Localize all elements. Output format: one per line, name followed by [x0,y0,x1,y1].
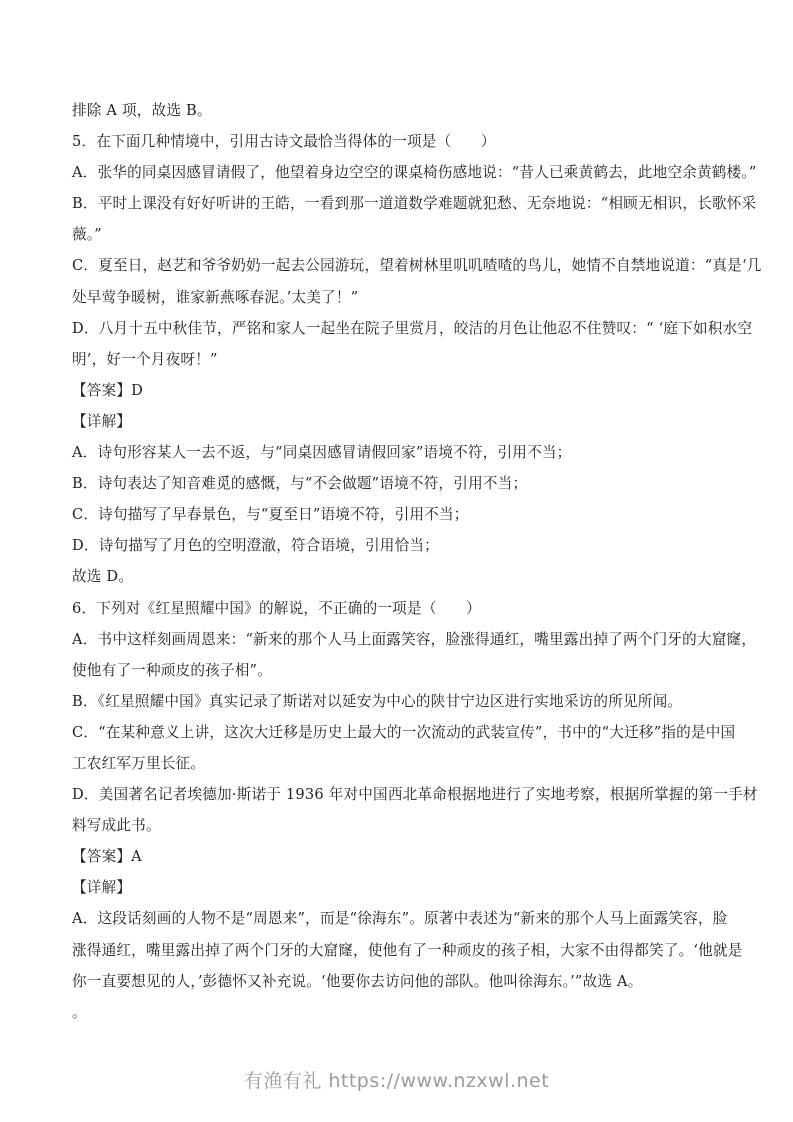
question-5-answer: 【答案】D [72,375,732,406]
question-6-option-a-cont: 使他有了一种顽皮的孩子相”。 [72,655,732,686]
question-5-conclusion: 故选 D。 [72,561,732,592]
question-5-option-a: A．张华的同桌因感冒请假了，他望着身边空空的课桌椅伤感地说：“昔人已乘黄鹤去，此… [72,157,732,188]
question-6-option-c: C．“在某种意义上讲，这次大迁移是历史上最大的一次流动的武装宣传”，书中的“大迁… [72,717,732,748]
question-6-answer: 【答案】A [72,841,732,872]
question-6-option-c-cont: 工农红军万里长征。 [72,748,732,779]
stray-period: 。 [72,997,732,1028]
question-6-explanation-a-cont: 涨得通红，嘴里露出掉了两个门牙的大窟窿，使他有了一种顽皮的孩子相，大家不由得都笑… [72,935,732,966]
question-5-explanation-b: B．诗句表达了知音难觅的感慨，与“不会做题”语境不符，引用不当； [72,468,732,499]
question-6-option-d: D．美国著名记者埃德加·斯诺于 1936 年对中国西北革命根据地进行了实地考察，… [72,779,732,810]
question-6-option-d-cont: 料写成此书。 [72,810,732,841]
question-6-option-a: A．书中这样刻画周恩来：“新来的那个人马上面露笑容，脸涨得通红，嘴里露出掉了两个… [72,624,732,655]
question-5-explanation-a: A．诗句形容某人一去不返，与“同桌因感冒请假回家”语境不符，引用不当； [72,437,732,468]
question-5-option-c-cont: 处早莺争暖树，谁家新燕啄春泥。’太美了！” [72,282,732,313]
question-5-explanation-label: 【详解】 [72,406,732,437]
question-5-option-b-cont: 薇。” [72,219,732,250]
question-5-option-d-cont: 明’，好一个月夜呀！” [72,344,732,375]
question-6-explanation-a: A．这段话刻画的人物不是“周恩来”，而是“徐海东”。原著中表述为“新来的那个人马… [72,903,732,934]
question-5-option-b: B．平时上课没有好好听讲的王皓，一看到那一道道数学难题就犯愁、无奈地说：“相顾无… [72,188,732,219]
question-6-option-b: B．《红星照耀中国》真实记录了斯诺对以延安为中心的陕甘宁边区进行实地采访的所见所… [72,686,732,717]
question-6-explanation-label: 【详解】 [72,872,732,903]
question-6-stem: 6．下列对《红星照耀中国》的解说，不正确的一项是（ ） [72,593,732,624]
document-page: 排除 A 项，故选 B。 5．在下面几种情境中，引用古诗文最恰当得体的一项是（ … [0,0,793,1122]
question-5-option-d: D．八月十五中秋佳节，严铭和家人一起坐在院子里赏月，皎洁的月色让他忍不住赞叹：“… [72,313,732,344]
question-5-explanation-d: D．诗句描写了月色的空明澄澈，符合语境，引用恰当； [72,530,732,561]
question-5-stem: 5．在下面几种情境中，引用古诗文最恰当得体的一项是（ ） [72,126,732,157]
document-body: 排除 A 项，故选 B。 5．在下面几种情境中，引用古诗文最恰当得体的一项是（ … [72,95,732,1028]
question-6-explanation-a-end: 你一直要想见的人，’彭德怀又补充说。‘他要你去访问他的部队。他叫徐海东。’”故选… [72,966,732,997]
watermark-footer: 有渔有礼 https://www.nzxwl.net [0,1068,793,1094]
question-5-explanation-c: C．诗句描写了早春景色，与“夏至日”语境不符，引用不当； [72,499,732,530]
question-5-option-c: C．夏至日，赵艺和爷爷奶奶一起去公园游玩，望着树林里叽叽喳喳的鸟儿，她情不自禁地… [72,250,732,281]
prev-answer-conclusion: 排除 A 项，故选 B。 [72,95,732,126]
